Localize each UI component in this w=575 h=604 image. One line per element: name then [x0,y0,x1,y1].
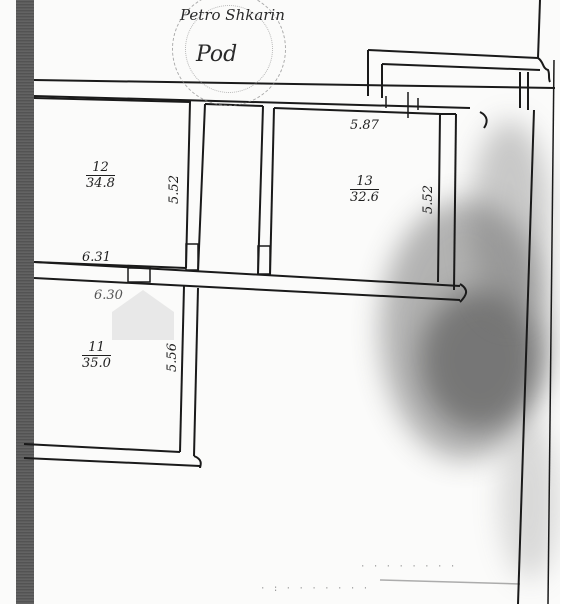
signature-scrawl: Pod [196,42,237,67]
dimension-room13-top: 5.87 [350,118,379,133]
room-12-label: 12 34.8 [86,160,115,191]
room-12-area: 34.8 [86,176,115,191]
footer-faint-text-1: · · · · · · · · [360,562,456,572]
signature-name: Petro Shkarin [180,6,285,24]
room-13-area: 32.6 [350,190,379,205]
room-11-area: 35.0 [82,356,111,371]
room-12-number: 12 [86,160,115,176]
room-11-number: 11 [82,340,111,356]
dimension-room12-side: 5.52 [167,175,182,204]
room-13-label: 13 32.6 [350,174,379,205]
dimension-room13-side: 5.52 [421,185,436,214]
dimension-corridor-top: 6.31 [82,250,111,265]
room-11-label: 11 35.0 [82,340,111,371]
floor-plan-sheet: Petro Shkarin Pod 12 34.8 13 32.6 11 35.… [0,0,575,604]
dimension-room11-top: 6.30 [94,288,123,303]
dimension-room11-side: 5.56 [165,343,180,372]
scan-right-margin [560,0,575,604]
room-13-number: 13 [350,174,379,190]
floor-plan-drawing [0,0,575,604]
footer-faint-text-2: · : · · · · · · · [260,584,369,594]
